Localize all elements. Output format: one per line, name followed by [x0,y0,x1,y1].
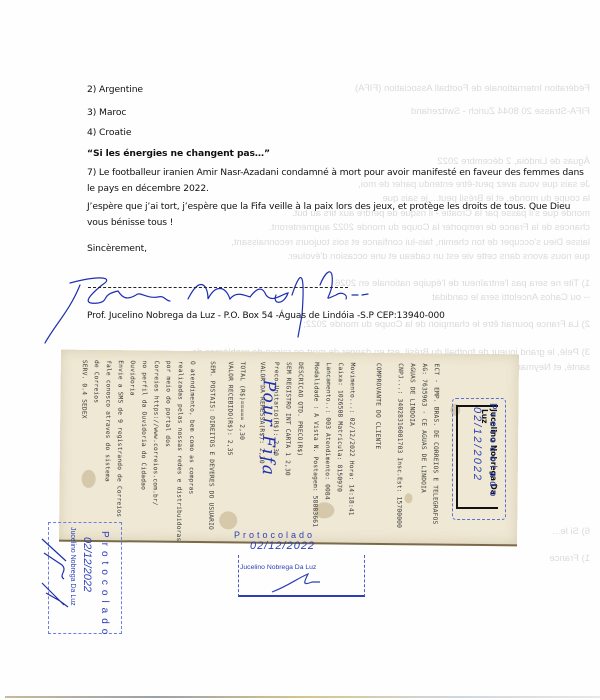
receipt-line: TOTAL (R$)===== 2,30 [235,361,246,521]
receipt-line: COMPROVANTE DO CLIENTE [371,363,382,523]
receipt-line: no perfil da Ouvidoria do Cidadao [137,360,148,520]
receipt-line: de Correios [89,360,100,520]
handwritten-signature [40,255,370,345]
receipt-line: SEM REGISTRO INT CARTA 1 2,30 [281,362,292,522]
receipt-line: Modalidade : A Vista N. Postagem: 580836… [309,362,320,522]
receipt-line: ECT - EMP. BRAS. DE CORREIOS E TELEGRAFO… [429,363,440,523]
scan-edge [5,696,600,698]
closing-paragraph: J’espère que j’ai tort, j’espère que la … [87,199,587,230]
list-item: 2) Argentine [87,84,143,95]
receipt-line: Correios https://www.correios.com.br/ [149,361,160,521]
stamp-signature-left [38,535,78,615]
salutation: Sincèrement, [87,243,147,254]
protocol-stamp-bottom: Protocolado 02/12/2022 Jucelino Nobrega … [228,540,368,598]
receipt-line: SEM. POSTAIS: DIREITOS E DEVERES DO USUA… [205,361,216,521]
receipt-line: AG: 7635963 - CE AGUAS DE LINDOIA [417,363,428,523]
postal-receipt: SERV. 0.4 SEDEX de Correios fale conosco… [59,350,519,547]
receipt-line: Movimento...: 02/12/2022 Hora: 14:18:41 [345,363,356,523]
list-item: 3) Maroc [87,107,126,118]
receipt-line: CNPJ...: 34028316001703 Insc.Est: 157000… [393,363,404,523]
receipt-line: fale conosco atraves do sistema [101,360,112,520]
sender-address: Prof. Jucelino Nobrega da Luz - P.O. Box… [87,311,445,321]
list-item: 4) Croatie [87,127,131,138]
receipt-line: realizadas pelas nossas redes e distribu… [173,361,184,521]
receipt-line: por meio do portal dos [161,361,172,521]
receipt-line: SERV. 0.4 SEDEX [77,360,88,520]
receipt-line: DESCRICAO QTD. PRECO(R$) [293,362,304,522]
scanned-letter-page: Fédération Internationale de Football As… [0,0,600,700]
protocol-stamp-right: Protocolado 02/12/2022 [452,398,506,520]
handwritten-annotation: Pour Fifa [258,380,279,477]
receipt-line: Lancamento..: 003 Atendimento: 0084 [321,362,332,522]
receipt-line: AGUAS DE LINDOIA [405,363,416,523]
stamp-initials [268,572,338,594]
receipt-line: VALOR RECEBIDO(R$): 2,35 [223,361,234,521]
receipt-line: Caixa: 1026508 Matricula: 8150970 [333,362,344,522]
receipt-line: O atendimento, bem como as compras [185,361,196,521]
receipt-line: Ouvidoria [125,360,136,520]
quote-heading: “Si les énergies ne changent pas…” [87,148,270,159]
signature-line [88,287,348,288]
item-7-paragraph: 7) Le footballeur iranien Amir Nasr-Azad… [87,165,592,196]
receipt-line: Envie a SMS de 9 registrando de Correios [113,360,124,520]
